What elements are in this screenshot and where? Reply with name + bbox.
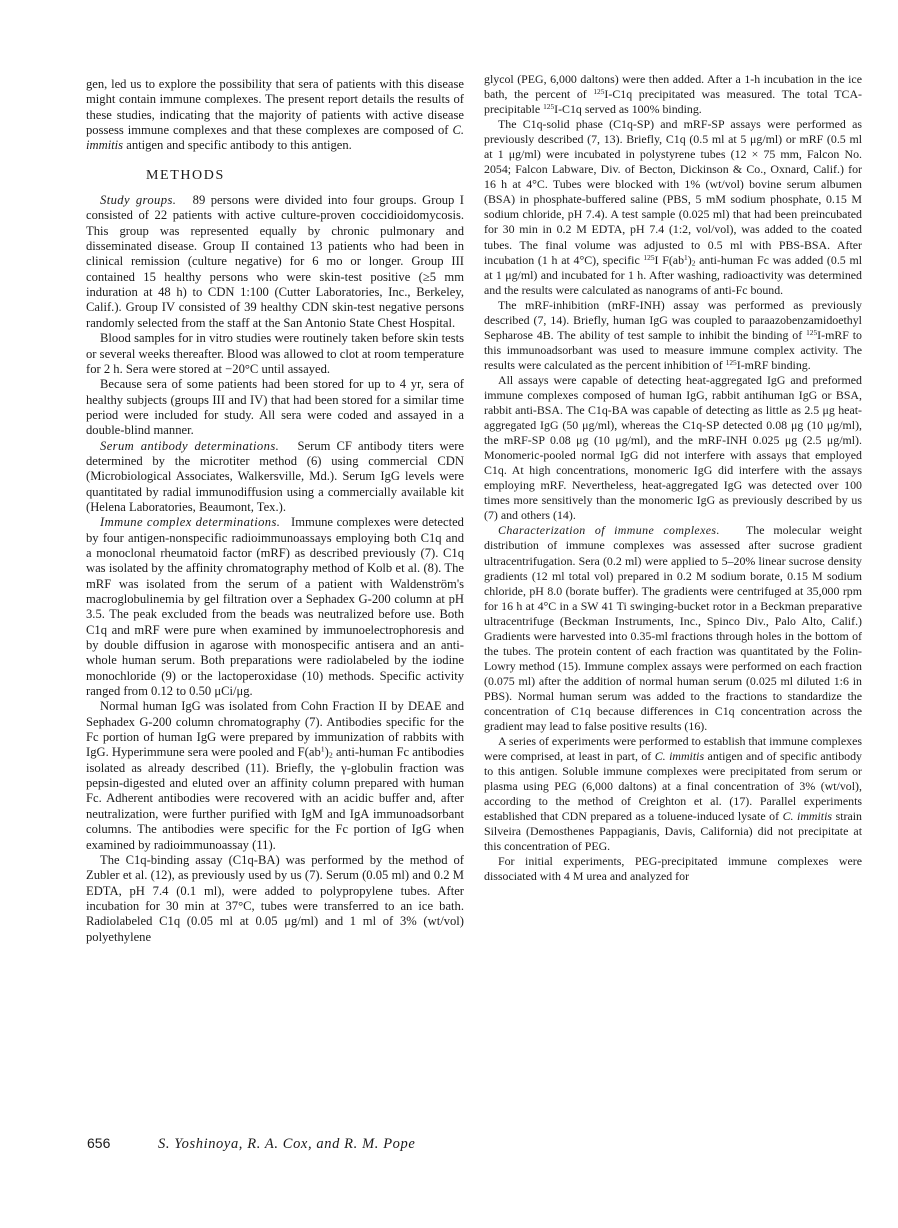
study-groups-text: 89 persons were divided into four groups… (86, 193, 464, 330)
text: I-C1q served as 100% binding. (554, 102, 702, 116)
superscript: 125 (593, 87, 604, 96)
species-name: C. immitis (655, 749, 704, 763)
paragraph-stored-sera: Because sera of some patients had been s… (86, 377, 464, 438)
paragraph-characterization: Characterization of immune complexes. Th… (484, 523, 862, 734)
paragraph-initial-experiments: For initial experiments, PEG-precipitate… (484, 854, 862, 884)
text: I F(ab (655, 253, 684, 267)
text: I-mRF binding. (737, 358, 811, 372)
runin-heading-characterization: Characterization of immune complexes. (498, 523, 720, 537)
paragraph-c1q-binding-assay: The C1q-binding assay (C1q-BA) was perfo… (86, 853, 464, 945)
normal-igg-text-2: anti-human Fc antibodies isolated as alr… (86, 745, 464, 851)
paragraph-normal-igg: Normal human IgG was isolated from Cohn … (86, 699, 464, 852)
paragraph-continuation: glycol (PEG, 6,000 daltons) were then ad… (484, 72, 862, 117)
species-name: C. immitis (783, 809, 832, 823)
superscript: 125 (543, 102, 554, 111)
paragraph-c1q-solid-phase: The C1q-solid phase (C1q-SP) and mRF-SP … (484, 117, 862, 298)
paragraph-study-groups: Study groups. 89 persons were divided in… (86, 193, 464, 331)
superscript: 125 (644, 253, 655, 262)
right-column: glycol (PEG, 6,000 daltons) were then ad… (484, 72, 862, 885)
runin-heading-study-groups: Study groups. (100, 193, 176, 207)
runin-heading-immune-complex: Immune complex determinations. (100, 515, 280, 529)
superscript: 125 (726, 358, 737, 367)
paragraph-series-experiments: A series of experiments were performed t… (484, 734, 862, 854)
paragraph-mrf-inhibition: The mRF-inhibition (mRF-INH) assay was p… (484, 298, 862, 373)
page-footer: 656 S. Yoshinoya, R. A. Cox, and R. M. P… (87, 1135, 415, 1155)
journal-page: gen, led us to explore the possibility t… (0, 0, 898, 1228)
paragraph-serum-antibody: Serum antibody determinations. Serum CF … (86, 439, 464, 516)
immune-complex-text: Immune complexes were detected by four a… (86, 515, 464, 698)
runin-heading-serum-antibody: Serum antibody determinations. (100, 439, 279, 453)
paragraph-all-assays: All assays were capable of detecting hea… (484, 373, 862, 523)
section-heading-methods: METHODS (146, 168, 464, 183)
running-head-authors: S. Yoshinoya, R. A. Cox, and R. M. Pope (158, 1136, 415, 1153)
intro-text-end: antigen and specific antibody to this an… (123, 138, 352, 152)
superscript: 125 (806, 328, 817, 337)
left-column: gen, led us to explore the possibility t… (86, 77, 464, 945)
intro-paragraph: gen, led us to explore the possibility t… (86, 77, 464, 154)
paragraph-immune-complex: Immune complex determinations. Immune co… (86, 515, 464, 699)
page-number: 656 (87, 1135, 158, 1151)
text: The C1q-solid phase (C1q-SP) and mRF-SP … (484, 117, 862, 266)
intro-text: gen, led us to explore the possibility t… (86, 77, 464, 137)
paragraph-blood-samples: Blood samples for in vitro studies were … (86, 331, 464, 377)
characterization-text: The molecular weight distribution of imm… (484, 523, 862, 733)
